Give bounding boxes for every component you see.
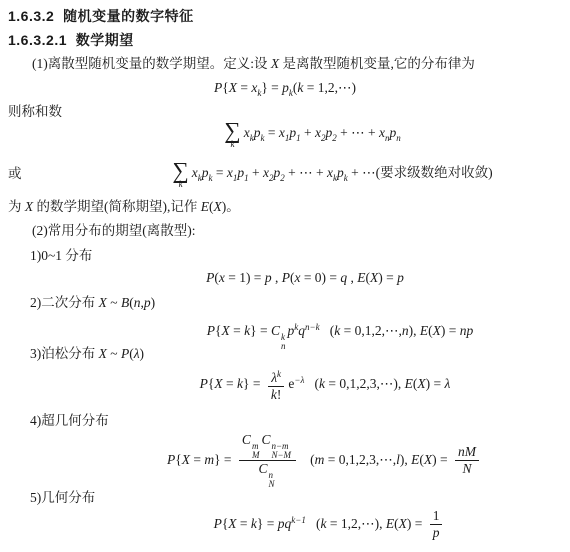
math-text: ( (306, 516, 321, 531)
numerator: λk (268, 366, 284, 387)
summation-index: k (179, 180, 183, 189)
denominator: p (430, 525, 443, 541)
math-var: λ (444, 376, 450, 391)
textbook-page: 1.6.3.2 随机变量的数字特征1.6.3.2.1 数学期望(1)离散型随机变… (0, 0, 570, 552)
row-content: P{X = k} = pqk−1 (k = 1,2,⋯), E(X) = 1p (214, 516, 447, 531)
math-text: = 0,1,2,3,⋯, (324, 452, 396, 467)
row-content: 4)超几何分布 (30, 413, 109, 428)
math-var: E (405, 376, 413, 391)
formula-poisson: P{X = k} = λkk!e−λ (k = 0,1,2,3,⋯), E(X)… (8, 366, 562, 403)
math-text: , (347, 270, 357, 285)
math-var: m (204, 452, 214, 467)
math-text: } = (243, 376, 264, 391)
math-text: 5)几何分布 (30, 490, 95, 505)
math-text: + (249, 165, 263, 180)
math-text: ), (409, 323, 420, 338)
math-var: E (386, 516, 394, 531)
math-text: ) = (432, 452, 451, 467)
math-text: 2)二次分布 (30, 295, 99, 310)
math-var: p (397, 270, 404, 285)
math-text: ~ (107, 295, 121, 310)
math-var: X (433, 323, 441, 338)
math-var: p (433, 525, 440, 540)
math-text: ) (151, 295, 156, 310)
math-text: = (213, 165, 227, 180)
para-definition: (1)离散型随机变量的数学期望。定义:设 X 是离散型随机变量,它的分布律为 (8, 54, 562, 74)
math-var: P (167, 452, 175, 467)
formula-lead-text: 或 (8, 164, 22, 184)
section-heading: 1.6.3.2 随机变量的数字特征 (8, 6, 562, 26)
numerator: nM (455, 444, 479, 461)
math-text: } = (261, 80, 282, 95)
math-text: 1)0~1 分布 (30, 248, 92, 263)
denominator: N (460, 461, 475, 477)
formula-distribution-law: P{X = xk} = pk(k = 1,2,⋯) (8, 78, 562, 103)
math-var: X (399, 516, 407, 531)
math-var: np (460, 323, 474, 338)
super-subscript-stack: nN (268, 471, 274, 489)
math-var: pq (278, 516, 292, 531)
math-var: X (222, 323, 230, 338)
numerator: CmMCn−mN−M (239, 432, 296, 461)
fraction: CmMCn−mN−MCnN (239, 432, 296, 489)
math-text: ! (277, 387, 282, 402)
row-content: 1)0~1 分布 (30, 248, 92, 263)
math-text: ( (300, 452, 315, 467)
math-var: X (424, 452, 432, 467)
math-var: P (121, 346, 129, 361)
math-var: n (402, 323, 409, 338)
math-text: (1)离散型随机变量的数学期望。定义:设 (32, 56, 271, 71)
math-var: X (182, 452, 190, 467)
math-text: + (301, 125, 315, 140)
math-var: X (25, 199, 33, 214)
math-text: + ⋯ + (285, 165, 327, 180)
math-var: q (298, 323, 305, 338)
para-common-distributions: (2)常用分布的期望(离散型): (8, 221, 562, 241)
math-var: E (357, 270, 365, 285)
math-text: 4)超几何分布 (30, 413, 109, 428)
math-text: ), (400, 452, 411, 467)
numerator: 1 (430, 508, 443, 525)
row-content: 5)几何分布 (30, 490, 95, 505)
math-var: X (214, 376, 222, 391)
math-text: 是离散型随机变量,它的分布律为 (279, 56, 475, 71)
math-text: 的数学期望(简称期望),记作 (33, 199, 201, 214)
math-text: ) (140, 346, 145, 361)
row-content: 1.6.3.2 随机变量的数字特征 (8, 8, 194, 24)
math-var: C (258, 461, 267, 476)
item-0-1-distribution: 1)0~1 分布 (8, 246, 562, 266)
math-var: nM (458, 444, 476, 459)
math-text: , (272, 270, 282, 285)
math-text: ~ (107, 346, 121, 361)
summation-sign: ∑k (172, 159, 188, 189)
math-var: X (99, 346, 107, 361)
math-text: = (264, 125, 278, 140)
row-content: P{X = k} = Cknpkqn−k (k = 0,1,2,⋯,n), E(… (207, 323, 473, 338)
math-var: B (121, 295, 129, 310)
math-text: = (190, 452, 204, 467)
math-text: 为 (8, 199, 25, 214)
row-content: P{X = m} = CmMCn−mN−MCnN (m = 0,1,2,3,⋯,… (167, 452, 483, 467)
math-var: P (200, 376, 208, 391)
math-var: C (242, 432, 251, 447)
math-var: p (337, 165, 344, 180)
denominator: CnN (255, 461, 279, 489)
math-var: p (265, 270, 272, 285)
subscript: N−M (271, 451, 291, 460)
formula-series-sum: 或∑kxkpk = x1p1 + x2p2 + ⋯ + xkpk + ⋯(要求级… (8, 159, 562, 189)
math-text: ) = (407, 516, 426, 531)
math-text: = 1,2,⋯), (326, 516, 385, 531)
superscript: n−k (305, 322, 320, 332)
math-text: } = (250, 323, 271, 338)
math-text: = 1,2,⋯) (303, 80, 356, 95)
math-text: 1.6.3.2 随机变量的数字特征 (8, 8, 194, 24)
math-text: + ⋯(要求级数绝对收敛) (348, 165, 493, 180)
math-text: = (237, 80, 251, 95)
super-subscript-stack: n−mN−M (271, 442, 291, 460)
math-text: = (230, 323, 244, 338)
row-content: 1.6.3.2.1 数学期望 (8, 32, 134, 48)
math-var: X (229, 80, 237, 95)
math-var: C (261, 432, 270, 447)
math-text: 则称和数 (8, 104, 62, 119)
math-text: = (223, 376, 237, 391)
row-content: (1)离散型随机变量的数学期望。定义:设 X 是离散型随机变量,它的分布律为 (32, 56, 475, 71)
math-var: E (201, 199, 209, 214)
math-var: N (463, 461, 472, 476)
fraction: λkk! (268, 366, 285, 403)
para-expectation-notation: 为 X 的数学期望(简称期望),记作 E(X)。 (8, 197, 562, 217)
subscript: n (396, 133, 401, 143)
math-text: ) = (426, 376, 445, 391)
formula-finite-sum: ∑kxkpk = x1p1 + x2p2 + ⋯ + xnpn (8, 119, 562, 149)
math-var: X (214, 199, 222, 214)
subscript: M (252, 451, 260, 460)
math-var: P (282, 270, 290, 285)
summation-sign: ∑k (224, 119, 240, 149)
formula-0-1: P(x = 1) = p , P(x = 0) = q , E(X) = p (8, 268, 562, 288)
math-var: X (271, 56, 279, 71)
superscript: k (277, 369, 281, 379)
row-content: 3)泊松分布 X ~ P(λ) (30, 346, 144, 361)
math-text: } = (257, 516, 278, 531)
item-binomial-distribution: 2)二次分布 X ~ B(n,p) (8, 293, 562, 313)
subsection-heading: 1.6.3.2.1 数学期望 (8, 30, 562, 50)
row-content: P{X = k} = λkk!e−λ (k = 0,1,2,3,⋯), E(X)… (200, 376, 451, 391)
math-text: = (237, 516, 251, 531)
math-text: ( (320, 323, 335, 338)
math-text: = 0) = (300, 270, 340, 285)
math-var: p (202, 165, 209, 180)
row-content: (2)常用分布的期望(离散型): (32, 223, 195, 238)
math-text: ) = (441, 323, 460, 338)
formula-hypergeometric: P{X = m} = CmMCn−mN−MCnN (m = 0,1,2,3,⋯,… (8, 432, 562, 489)
math-text: = 0,1,2,⋯, (340, 323, 402, 338)
math-text: (2)常用分布的期望(离散型): (32, 223, 195, 238)
math-text: )。 (222, 199, 240, 214)
math-var: C (271, 323, 280, 338)
row-content: 2)二次分布 X ~ B(n,p) (30, 295, 155, 310)
row-content: P(x = 1) = p , P(x = 0) = q , E(X) = p (206, 270, 404, 285)
row-content: P{X = xk} = pk(k = 1,2,⋯) (214, 80, 356, 95)
math-var: X (228, 516, 236, 531)
math-text: + ⋯ + (337, 125, 379, 140)
summation-index: k (231, 140, 235, 149)
math-text: ( (304, 376, 319, 391)
math-text: 3)泊松分布 (30, 346, 99, 361)
math-var: m (315, 452, 325, 467)
math-text: ) = (378, 270, 397, 285)
item-hypergeometric-distribution: 4)超几何分布 (8, 411, 562, 431)
formula-geometric: P{X = k} = pqk−1 (k = 1,2,⋯), E(X) = 1p (8, 508, 562, 541)
math-var: P (214, 80, 222, 95)
math-text: } = (214, 452, 235, 467)
row-content: 则称和数 (8, 104, 62, 119)
math-var: p (282, 80, 289, 95)
super-subscript-stack: mM (252, 442, 260, 460)
item-poisson-distribution: 3)泊松分布 X ~ P(λ) (8, 344, 562, 364)
denominator: k! (268, 387, 285, 403)
superscript: −λ (294, 375, 304, 385)
item-geometric-distribution: 5)几何分布 (8, 488, 562, 508)
row-content: ∑kxkpk = x1p1 + x2p2 + ⋯ + xnpn (224, 125, 400, 140)
math-text: 1.6.3.2.1 数学期望 (8, 32, 134, 48)
math-text: 1 (433, 508, 440, 523)
math-text: = 1) = (225, 270, 265, 285)
row-content: ∑kxkpk = x1p1 + x2p2 + ⋯ + xkpk + ⋯(要求级数… (172, 165, 492, 180)
math-var: E (420, 323, 428, 338)
math-var: P (214, 516, 222, 531)
math-text: = 0,1,2,3,⋯), (325, 376, 405, 391)
math-var: P (207, 323, 215, 338)
row-content: 为 X 的数学期望(简称期望),记作 E(X)。 (8, 199, 240, 214)
math-var: X (99, 295, 107, 310)
fraction: 1p (430, 508, 443, 541)
fraction: nMN (455, 444, 479, 477)
math-var: X (417, 376, 425, 391)
math-var: p (144, 295, 151, 310)
superscript: k−1 (291, 515, 306, 525)
